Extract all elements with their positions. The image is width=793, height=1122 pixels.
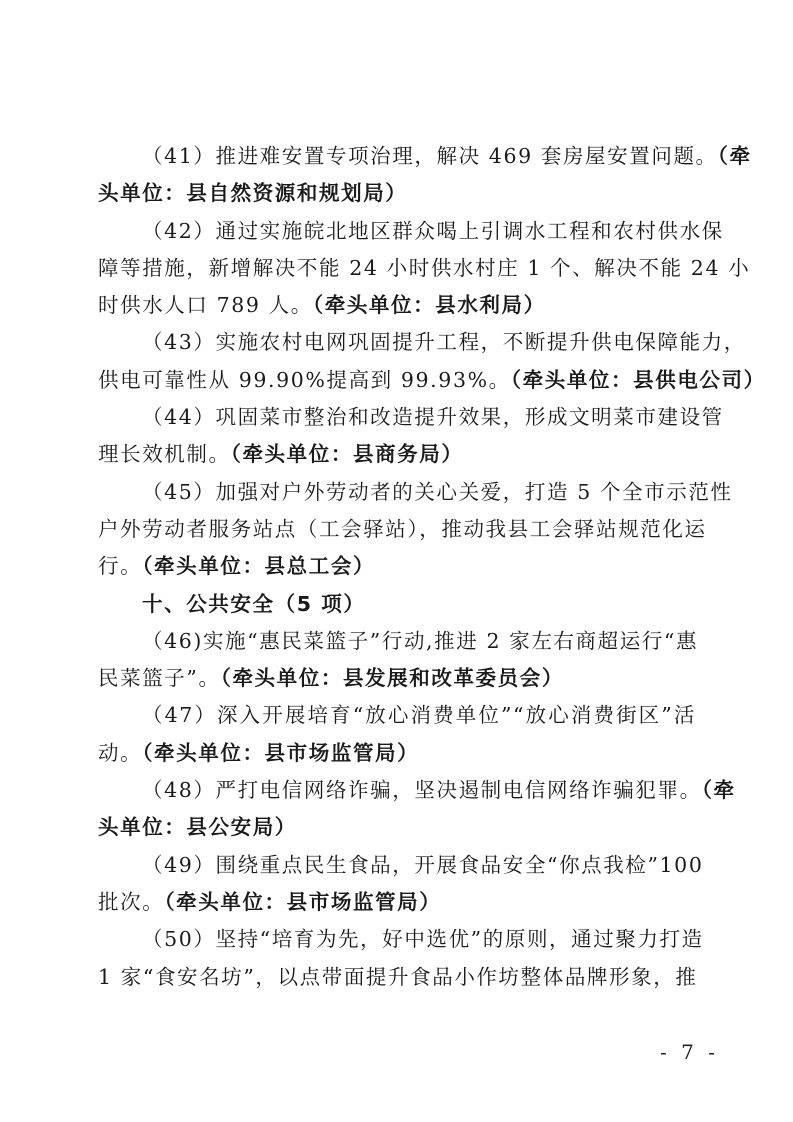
item-41-line-2: 头单位：县自然资源和规划局） xyxy=(98,175,696,212)
item-45-line-1: （45）加强对户外劳动者的关心关爱，打造 5 个全市示范性 xyxy=(98,474,696,511)
lead-unit-label: （牵头单位：县市场监管局） xyxy=(164,890,441,914)
lead-unit-label: （牵头单位：县水利局） xyxy=(313,293,546,317)
item-43-line-2: 供电可靠性从 99.90%提高到 99.93%。（牵头单位：县供电公司） xyxy=(98,362,696,399)
item-48-text: （48）严打电信网络诈骗，坚决遏制电信网络诈骗犯罪。 xyxy=(142,778,702,802)
item-45-text: 行。 xyxy=(98,554,142,578)
lead-unit-label: （牵头单位：县供电公司） xyxy=(511,368,766,392)
item-45-line-2: 户外劳动者服务站点（工会驿站），推动我县工会驿站规范化运 xyxy=(98,511,696,548)
item-41-text: （41）推进难安置专项治理，解决 469 套房屋安置问题。 xyxy=(142,144,718,168)
item-44-line-1: （44）巩固菜市整治和改造提升效果，形成文明菜市建设管 xyxy=(98,399,696,436)
lead-unit-label: （牵 xyxy=(718,144,752,168)
item-50-line-1: （50）坚持“培育为先，好中选优”的原则，通过聚力打造 xyxy=(98,921,696,958)
lead-unit-label: （牵头单位：县总工会） xyxy=(142,554,375,578)
lead-unit-label: （牵头单位：县发展和改革委员会） xyxy=(221,666,564,690)
item-48-line-2: 头单位：县公安局） xyxy=(98,809,696,846)
item-49-line-1: （49）围绕重点民生食品，开展食品安全“你点我检”100 xyxy=(98,847,696,884)
item-49-text: 批次。 xyxy=(98,890,164,914)
item-46-text: 民菜篮子”。 xyxy=(98,666,221,690)
item-46-line-2: 民菜篮子”。（牵头单位：县发展和改革委员会） xyxy=(98,660,696,697)
item-48-line-1: （48）严打电信网络诈骗，坚决遏制电信网络诈骗犯罪。（牵 xyxy=(98,772,696,809)
item-44-text: 理长效机制。 xyxy=(98,442,231,466)
item-47-line-2: 动。（牵头单位：县市场监管局） xyxy=(98,735,696,772)
item-50-line-2: 1 家“食安名坊”，以点带面提升食品小作坊整体品牌形象，推 xyxy=(98,959,696,996)
item-41-line-1: （41）推进难安置专项治理，解决 469 套房屋安置问题。（牵 xyxy=(98,138,696,175)
lead-unit-label: （牵 xyxy=(702,778,736,802)
item-42-line-1: （42）通过实施皖北地区群众喝上引调水工程和农村供水保 xyxy=(98,213,696,250)
item-42-text: 时供水人口 789 人。 xyxy=(98,293,313,317)
item-43-line-1: （43）实施农村电网巩固提升工程，不断提升供电保障能力， xyxy=(98,324,696,361)
item-49-line-2: 批次。（牵头单位：县市场监管局） xyxy=(98,884,696,921)
item-45-line-3: 行。（牵头单位：县总工会） xyxy=(98,548,696,585)
item-47-line-1: （47）深入开展培育“放心消费单位”“放心消费街区”活 xyxy=(98,697,696,734)
section-heading: 十、公共安全（5 项） xyxy=(98,586,696,623)
document-body: （41）推进难安置专项治理，解决 469 套房屋安置问题。（牵 头单位：县自然资… xyxy=(98,138,696,996)
lead-unit-label: （牵头单位：县商务局） xyxy=(231,442,464,466)
item-46-line-1: （46)实施“惠民菜篮子”行动,推进 2 家左右商超运行“惠 xyxy=(98,623,696,660)
page-number: - 7 - xyxy=(660,1040,719,1064)
item-47-text: 动。 xyxy=(98,741,142,765)
item-42-line-3: 时供水人口 789 人。（牵头单位：县水利局） xyxy=(98,287,696,324)
lead-unit-label: （牵头单位：县市场监管局） xyxy=(142,741,419,765)
item-42-line-2: 障等措施，新增解决不能 24 小时供水村庄 1 个、解决不能 24 小 xyxy=(98,250,696,287)
item-44-line-2: 理长效机制。（牵头单位：县商务局） xyxy=(98,436,696,473)
item-43-text: 供电可靠性从 99.90%提高到 99.93%。 xyxy=(98,368,511,392)
